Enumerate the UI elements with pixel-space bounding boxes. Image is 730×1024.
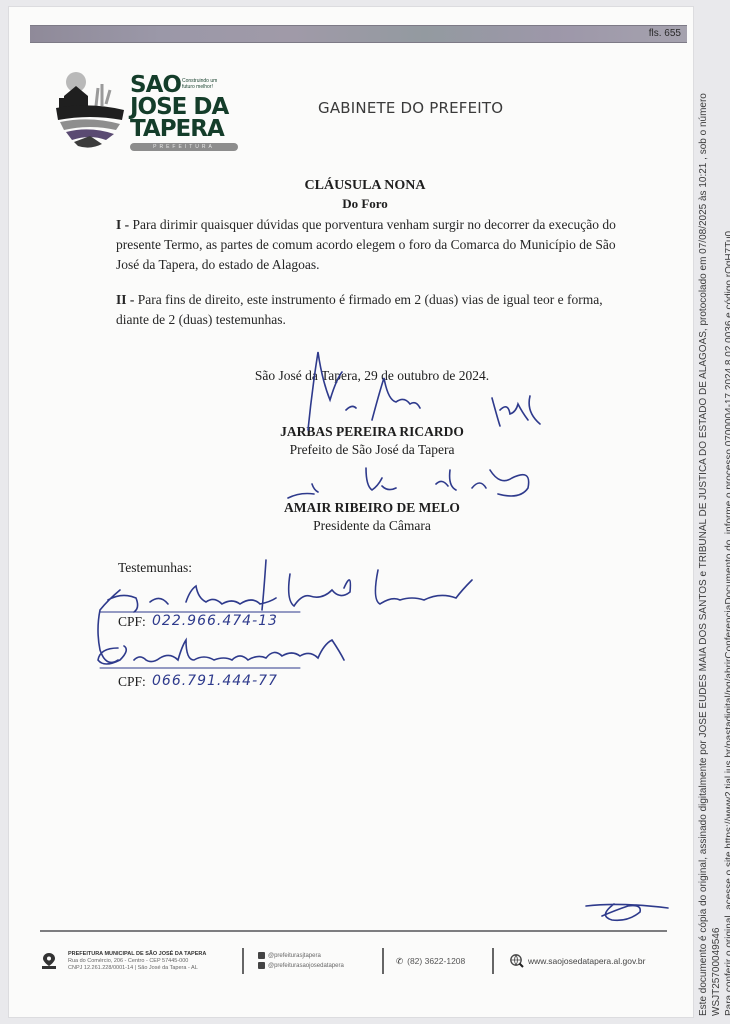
header-bar: fls. 655: [30, 25, 687, 43]
witness-cpf-label: CPF:: [118, 614, 146, 630]
instagram-handle[interactable]: @prefeiturasjtapera: [268, 953, 321, 959]
footer-address-line2: CNPJ 12.261.228/0001-14 | São José da Ta…: [68, 965, 198, 971]
facebook-handle[interactable]: @prefeiturasaojosedatapera: [268, 963, 344, 969]
clause-item-label: II -: [116, 292, 134, 307]
witness-cpf-handwritten: 022.966.474-13: [152, 613, 278, 629]
signatory-role: Prefeito de São José da Tapera: [0, 442, 730, 458]
place-date: São José da Tapera, 29 de outubro de 202…: [0, 368, 730, 384]
footer-website: www.saojosedatapera.al.gov.br: [510, 946, 646, 976]
phone-icon: ✆: [396, 956, 403, 967]
logo-subtitle: PREFEITURA: [130, 143, 238, 151]
folio-number: fls. 655: [649, 28, 681, 39]
witness-cpf-label: CPF:: [118, 674, 146, 690]
municipality-logo: SAO JOSE DA TAPERA Construindo um futuro…: [52, 66, 252, 156]
footer-phone: ✆ (82) 3622-1208: [396, 946, 465, 976]
website-link[interactable]: www.saojosedatapera.al.gov.br: [528, 956, 646, 966]
clause-item-2: II - Para fins de direito, este instrume…: [116, 290, 636, 330]
stamp-line-1: Este documento é cópia do original, assi…: [697, 6, 723, 1016]
footer-social: @prefeiturasjtapera @prefeiturasaojoseda…: [258, 946, 344, 976]
digital-signature-stamp: Este documento é cópia do original, assi…: [697, 6, 730, 1016]
footer-separator: [492, 948, 494, 974]
witness-cpf-handwritten: 066.791.444-77: [152, 673, 278, 689]
witnesses-label: Testemunhas:: [118, 560, 192, 576]
footer-org-name: PREFEITURA MUNICIPAL DE SÃO JOSÉ DA TAPE…: [68, 951, 206, 957]
clause-subtitle: Do Foro: [0, 196, 730, 212]
footer-separator: [382, 948, 384, 974]
footer-address-line1: Rua do Comércio, 206 - Centro - CEP 5744…: [68, 958, 188, 964]
signatory-name: AMAIR RIBEIRO DE MELO: [0, 500, 730, 516]
phone-number[interactable]: (82) 3622-1208: [407, 956, 465, 966]
clause-item-text: Para dirimir quaisquer dúvidas que porve…: [116, 217, 616, 272]
logo-emblem-icon: [56, 68, 124, 148]
footer-separator: [242, 948, 244, 974]
facebook-icon: [258, 962, 265, 969]
clause-item-text: Para fins de direito, este instrumento é…: [116, 292, 603, 327]
clause-item-1: I - Para dirimir quaisquer dúvidas que p…: [116, 215, 636, 275]
office-title: GABINETE DO PREFEITO: [318, 99, 503, 117]
logo-slogan: Construindo um futuro melhor!: [182, 78, 222, 90]
map-pin-icon: [42, 953, 56, 969]
globe-icon: [510, 954, 524, 968]
signatory-name: JARBAS PEREIRA RICARDO: [0, 424, 730, 440]
clause-title: CLÁUSULA NONA: [0, 178, 730, 194]
clause-item-label: I -: [116, 217, 129, 232]
footer-divider: [40, 930, 667, 932]
footer-address: PREFEITURA MUNICIPAL DE SÃO JOSÉ DA TAPE…: [42, 946, 206, 976]
signatory-role: Presidente da Câmara: [0, 518, 730, 534]
footer: PREFEITURA MUNICIPAL DE SÃO JOSÉ DA TAPE…: [40, 946, 667, 976]
instagram-icon: [258, 952, 265, 959]
stamp-line-2: Para conferir o original, acesse o site …: [723, 6, 730, 1016]
